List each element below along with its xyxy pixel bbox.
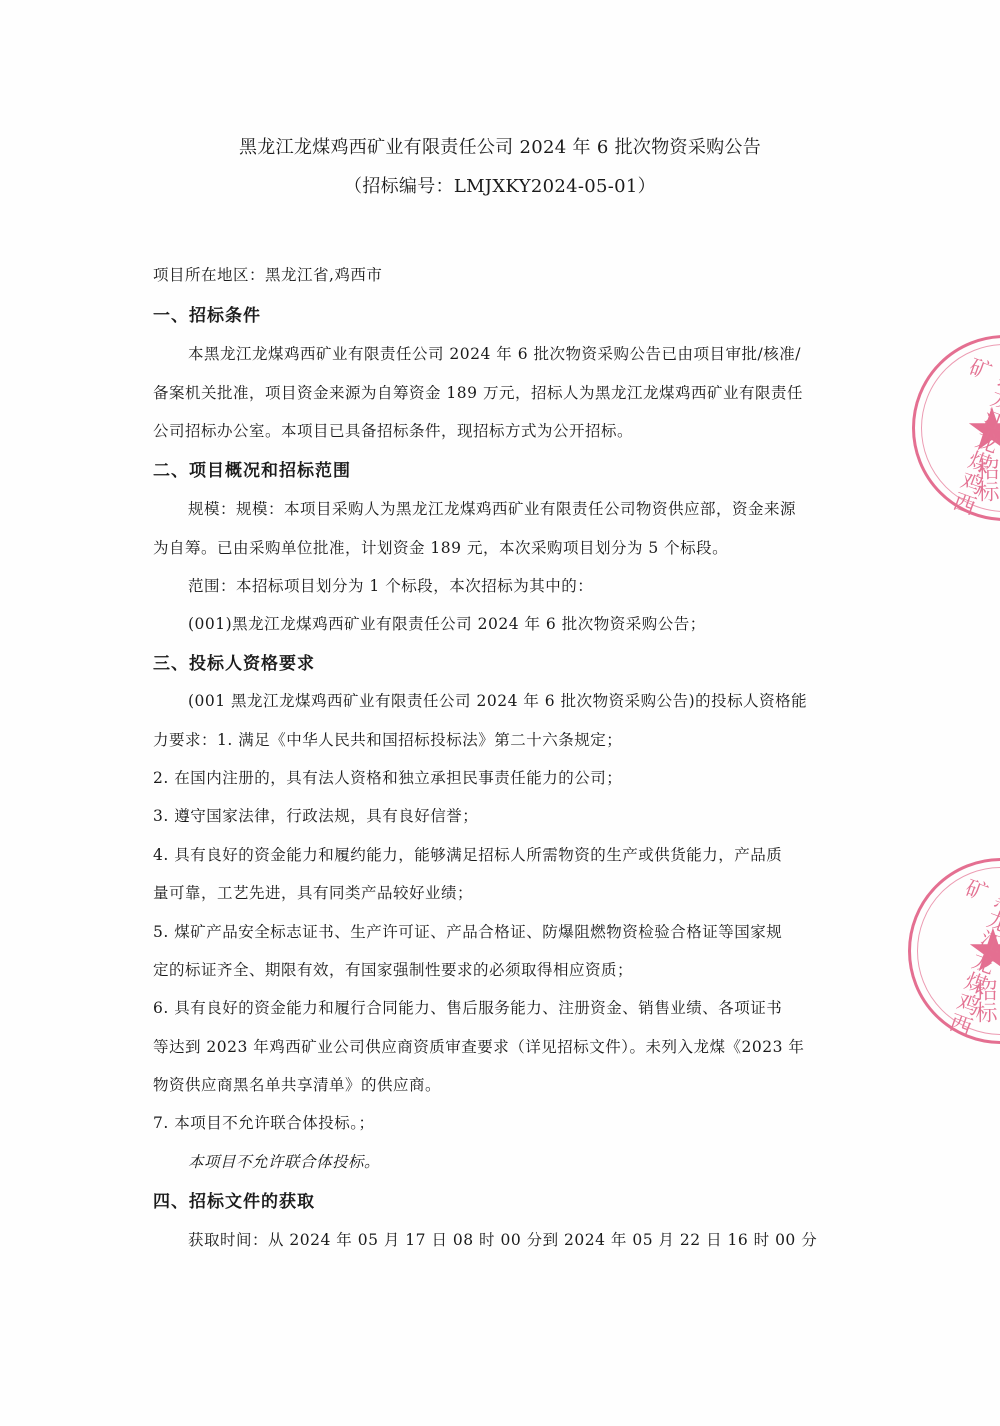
paragraph-line: 获取时间：从 2024 年 05 月 17 日 08 时 00 分到 2024 … bbox=[188, 1228, 817, 1250]
paragraph-line: 规模：规模：本项目采购人为黑龙江龙煤鸡西矿业有限责任公司物资供应部，资金来源 bbox=[188, 497, 796, 519]
document-title: 黑龙江龙煤鸡西矿业有限责任公司 2024 年 6 批次物资采购公告 bbox=[0, 133, 1000, 159]
paragraph-line: (001)黑龙江龙煤鸡西矿业有限责任公司 2024 年 6 批次物资采购公告； bbox=[188, 612, 706, 634]
document-page: 黑龙江龙煤鸡西矿业有限责任公司 2024 年 6 批次物资采购公告 （招标编号：… bbox=[0, 0, 1000, 1426]
paragraph-line: 3. 遵守国家法律，行政法规，具有良好信誉； bbox=[153, 804, 478, 826]
paragraph-line: 定的标证齐全、期限有效，有国家强制性要求的必须取得相应资质； bbox=[153, 958, 633, 980]
paragraph-line: 量可靠，工艺先进，具有同类产品较好业绩； bbox=[153, 881, 473, 903]
paragraph-line: 6. 具有良好的资金能力和履行合同能力、售后服务能力、注册资金、销售业绩、各项证… bbox=[153, 996, 782, 1018]
paragraph-line: 等达到 2023 年鸡西矿业公司供应商资质审查要求（详见招标文件）。未列入龙煤《… bbox=[153, 1035, 804, 1057]
paragraph-line: 2. 在国内注册的，具有法人资格和独立承担民事责任能力的公司； bbox=[153, 766, 622, 788]
paragraph-line: 力要求：1. 满足《中华人民共和国招标投标法》第二十六条规定； bbox=[153, 728, 622, 750]
project-location: 项目所在地区：黑龙江省,鸡西市 bbox=[153, 263, 382, 285]
paragraph-line: 7. 本项目不允许联合体投标。； bbox=[153, 1111, 374, 1133]
paragraph-line: 物资供应商黑名单共享清单》的供应商。 bbox=[153, 1073, 441, 1095]
paragraph-line: 为自筹。已由采购单位批准，计划资金 189 元，本次采购项目划分为 5 个标段。 bbox=[153, 536, 728, 558]
paragraph-line: 本项目不允许联合体投标。 bbox=[188, 1150, 380, 1172]
paragraph-line: 5. 煤矿产品安全标志证书、生产许可证、产品合格证、防爆阻燃物资检验合格证等国家… bbox=[153, 920, 782, 942]
section-heading-4: 四、招标文件的获取 bbox=[153, 1187, 315, 1212]
official-seal: ★ 黑龙江龙煤鸡西矿 招标 bbox=[912, 335, 1000, 521]
paragraph-line: 公司招标办公室。本项目已具备招标条件，现招标方式为公开招标。 bbox=[153, 419, 633, 441]
section-heading-1: 一、招标条件 bbox=[153, 301, 261, 326]
paragraph-line: 本黑龙江龙煤鸡西矿业有限责任公司 2024 年 6 批次物资采购公告已由项目审批… bbox=[188, 342, 801, 364]
paragraph-line: 备案机关批准，项目资金来源为自筹资金 189 万元，招标人为黑龙江龙煤鸡西矿业有… bbox=[153, 381, 803, 403]
section-heading-2: 二、项目概况和招标范围 bbox=[153, 456, 351, 481]
paragraph-line: 范围：本招标项目划分为 1 个标段，本次招标为其中的： bbox=[188, 574, 593, 596]
official-seal: ★ 黑龙江龙煤鸡西矿 招标 bbox=[908, 858, 1000, 1044]
tender-number: （招标编号：LMJXKY2024-05-01） bbox=[0, 172, 1000, 198]
paragraph-line: 4. 具有良好的资金能力和履约能力，能够满足招标人所需物资的生产或供货能力，产品… bbox=[153, 843, 782, 865]
section-heading-3: 三、投标人资格要求 bbox=[153, 649, 315, 674]
paragraph-line: (001 黑龙江龙煤鸡西矿业有限责任公司 2024 年 6 批次物资采购公告)的… bbox=[188, 689, 807, 711]
